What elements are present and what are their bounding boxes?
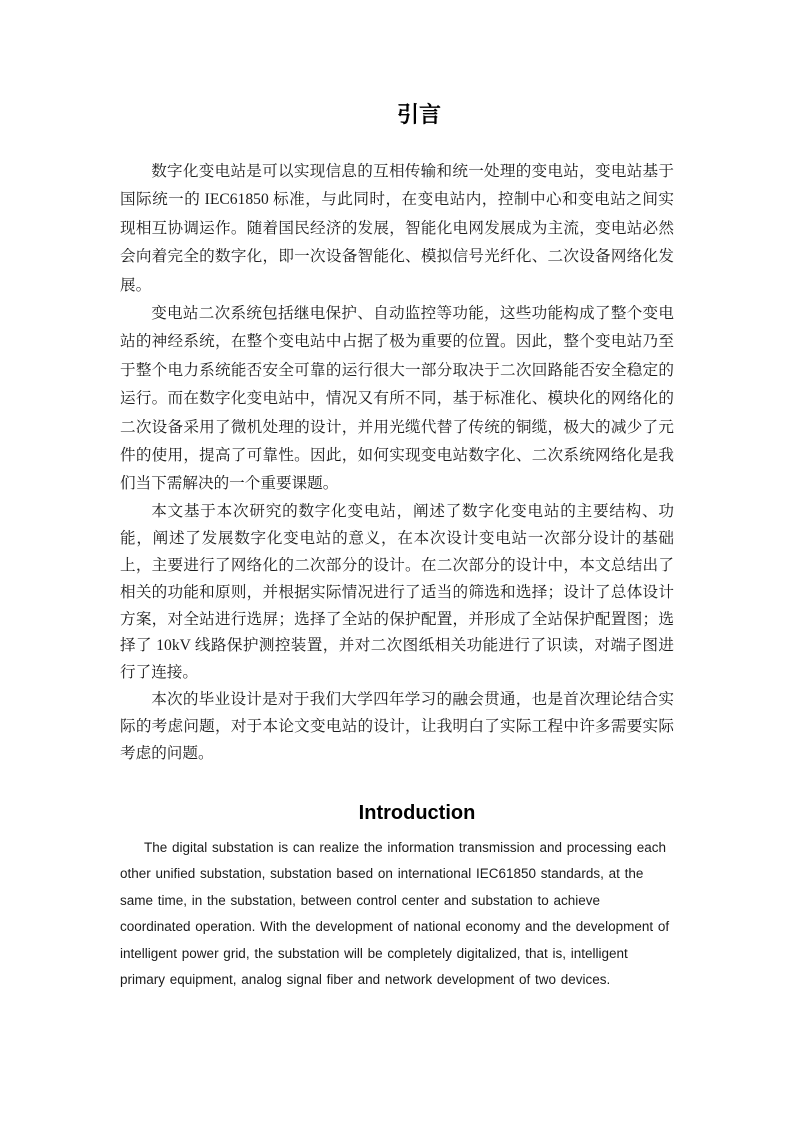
english-section-heading: Introduction <box>120 798 674 828</box>
paragraph: 数字化变电站是可以实现信息的互相传输和统一处理的变电站，变电站基于国际统一的 I… <box>120 158 674 300</box>
english-body-text: The digital substation is can realize th… <box>120 835 674 994</box>
chinese-body-text: 数字化变电站是可以实现信息的互相传输和统一处理的变电站，变电站基于国际统一的 I… <box>120 158 674 768</box>
chinese-section-heading: 引言 <box>120 100 674 130</box>
paragraph: 本文基于本次研究的数字化变电站，阐述了数字化变电站的主要结构、功能，阐述了发展数… <box>120 499 674 687</box>
paragraph: The digital substation is can realize th… <box>120 835 674 994</box>
paragraph: 变电站二次系统包括继电保护、自动监控等功能，这些功能构成了整个变电站的神经系统，… <box>120 300 674 499</box>
paragraph: 本次的毕业设计是对于我们大学四年学习的融会贯通，也是首次理论结合实际的考虑问题，… <box>120 687 674 768</box>
document-page: 引言 数字化变电站是可以实现信息的互相传输和统一处理的变电站，变电站基于国际统一… <box>0 0 793 1122</box>
